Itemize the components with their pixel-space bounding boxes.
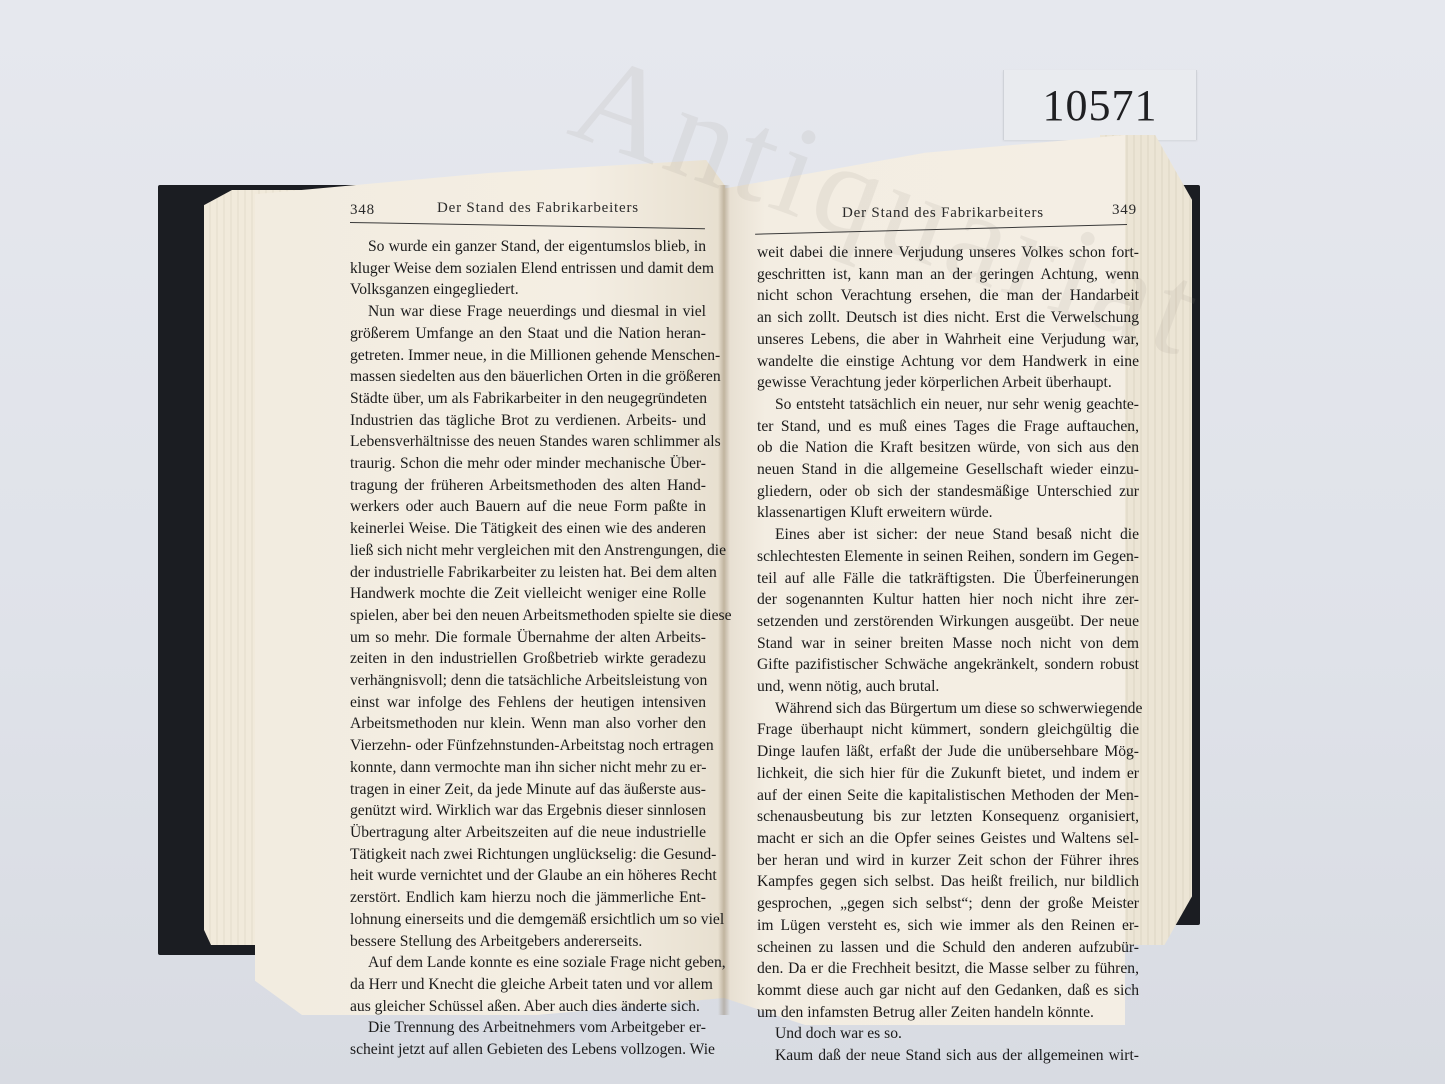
inventory-number: 10571 — [1004, 80, 1196, 131]
text-line: Kaum daß der neue Stand sich aus der all… — [757, 1045, 1139, 1067]
text-line: auf der einen Seite die kapitalistischen… — [757, 785, 1139, 807]
text-line: scheinen zu lassen und die Schuld den an… — [757, 937, 1139, 959]
text-line: unseres Lebens, die aber in Wahrheit ein… — [757, 329, 1139, 351]
text-line: scheint jetzt auf allen Gebieten des Leb… — [350, 1039, 706, 1061]
text-line: getreten. Immer neue, in die Millionen g… — [350, 345, 706, 367]
text-line: lichkeit, die sich hier für die Zukunft … — [757, 763, 1139, 785]
text-line: um so mehr. Die formale Übernahme der al… — [350, 627, 706, 649]
text-line: da Herr und Knecht die gleiche Arbeit ta… — [350, 974, 706, 996]
text-line: gliedern, oder ob sich der standesmäßige… — [757, 481, 1139, 503]
text-line: Städte über, um als Fabrikarbeiter in de… — [350, 388, 706, 410]
text-line: Eines aber ist sicher: der neue Stand be… — [757, 524, 1139, 546]
text-line: Volksganzen eingegliedert. — [350, 279, 706, 301]
text-line: spielen, aber bei den neuen Arbeitsmetho… — [350, 605, 706, 627]
text-line: Gifte pazifistischer Schwäche angekränke… — [757, 654, 1139, 676]
text-line: ließ sich nicht mehr vergleichen mit den… — [350, 540, 706, 562]
text-line: ber heran und wird in kurzer Zeit schon … — [757, 850, 1139, 872]
text-line: lohnung einerseits und die demgemäß ersi… — [350, 909, 706, 931]
text-line: Dinge laufen läßt, erfaßt der Jude die u… — [757, 741, 1139, 763]
text-line: schenausbeutung bis zur letzten Konseque… — [757, 806, 1139, 828]
text-line: Während sich das Bürgertum um diese so s… — [757, 698, 1139, 720]
text-line: um den infamsten Betrug aller Zeiten han… — [757, 1002, 1139, 1024]
text-line: Übertragung alter Arbeitszeiten auf die … — [350, 822, 706, 844]
text-line: Tätigkeit nach zwei Richtungen unglückse… — [350, 844, 706, 866]
text-line: Lebensverhältnisse des neuen Standes war… — [350, 431, 706, 453]
text-line: keinerlei Weise. Die Tätigkeit des einen… — [350, 518, 706, 540]
right-page-body: weit dabei die innere Verjudung unseres … — [757, 242, 1139, 1067]
left-page-body: So wurde ein ganzer Stand, der eigentums… — [350, 236, 706, 1061]
text-line: zerstört. Endlich kam hierzu noch die jä… — [350, 887, 706, 909]
text-line: den. Da er die Frechheit besitzt, die Ma… — [757, 958, 1139, 980]
text-line: im Lügen versteht es, sich wie immer als… — [757, 915, 1139, 937]
text-line: tragen in einer Zeit, da jede Minute auf… — [350, 779, 706, 801]
text-line: wandelte die einstige Achtung vor dem Ha… — [757, 351, 1139, 373]
text-line: der sogenannten Kultur hatten hier noch … — [757, 589, 1139, 611]
text-line: zeiten in den industriellen Großbetrieb … — [350, 648, 706, 670]
text-line: genützt wird. Wirklich war das Ergebnis … — [350, 800, 706, 822]
inventory-number-card: 10571 — [1003, 70, 1197, 140]
text-line: Die Trennung des Arbeitnehmers vom Arbei… — [350, 1017, 706, 1039]
text-line: Handwerk mochte die Zeit vielleicht weni… — [350, 583, 706, 605]
text-line: an sich zollt. Deutsch ist dies nicht. E… — [757, 307, 1139, 329]
text-line: massen siedelten aus den bäuerlichen Ort… — [350, 366, 706, 388]
text-line: einst war infolge des Fehlens der heutig… — [350, 692, 706, 714]
text-line: kommt diese auch gar nicht auf den Gedan… — [757, 980, 1139, 1002]
text-line: traurig. Schon die mehr oder minder mech… — [350, 453, 706, 475]
text-line: nicht schon Verachtung ersehen, die man … — [757, 285, 1139, 307]
text-line: weit dabei die innere Verjudung unseres … — [757, 242, 1139, 264]
text-line: heit wurde vernichtet und der Glaube an … — [350, 865, 706, 887]
text-line: bessere Stellung des Arbeitgebers andere… — [350, 931, 706, 953]
text-line: gesprochen, „gegen sich selbst“; denn de… — [757, 893, 1139, 915]
right-running-head: Der Stand des Fabrikarbeiters — [842, 205, 1044, 222]
text-line: Kampfes gegen sich selbst. Das heißt fre… — [757, 871, 1139, 893]
text-line: ob die Nation die Kraft besitzen würde, … — [757, 437, 1139, 459]
text-line: geschritten ist, kann man an der geringe… — [757, 264, 1139, 286]
text-line: der industrielle Fabrikarbeiter zu leist… — [350, 562, 706, 584]
text-line: tragung der früheren Arbeitsmethoden des… — [350, 475, 706, 497]
text-line: gewisse Verachtung jeder körperlichen Ar… — [757, 372, 1139, 394]
book-gutter — [718, 185, 730, 1015]
text-line: und, wenn nötig, auch brutal. — [757, 676, 1139, 698]
text-line: Und doch war es so. — [757, 1023, 1139, 1045]
text-line: schlechtesten Elemente in seinen Reihen,… — [757, 546, 1139, 568]
text-line: größerem Umfange an den Staat und die Na… — [350, 323, 706, 345]
left-page-number: 348 — [350, 202, 375, 219]
text-line: kluger Weise dem sozialen Elend entrisse… — [350, 258, 706, 280]
text-line: aus gleicher Schüssel aßen. Aber auch di… — [350, 996, 706, 1018]
text-line: Stand war in seiner breiten Masse noch n… — [757, 633, 1139, 655]
text-line: setzenden und zerstörenden Wirkungen aus… — [757, 611, 1139, 633]
text-line: So entsteht tatsächlich ein neuer, nur s… — [757, 394, 1139, 416]
text-line: verhängnisvoll; denn die tatsächliche Ar… — [350, 670, 706, 692]
text-line: macht er sich an die Opfer seines Geiste… — [757, 828, 1139, 850]
text-line: So wurde ein ganzer Stand, der eigentums… — [350, 236, 706, 258]
text-line: Nun war diese Frage neuerdings und diesm… — [350, 301, 706, 323]
text-line: Arbeitsmethoden nur klein. Wenn man also… — [350, 713, 706, 735]
text-line: neuen Stand in die allgemeine Gesellscha… — [757, 459, 1139, 481]
text-line: klassenartigen Kluft erweitern würde. — [757, 502, 1139, 524]
text-line: teil auf alle Fälle die tatkräftigsten. … — [757, 568, 1139, 590]
right-page-number: 349 — [1112, 202, 1137, 219]
text-line: Auf dem Lande konnte es eine soziale Fra… — [350, 952, 706, 974]
text-line: Industrien das tägliche Brot zu verdiene… — [350, 410, 706, 432]
text-line: werkers oder auch Bauern auf die neue Fo… — [350, 496, 706, 518]
text-line: ter Stand, und es muß eines Tages die Fr… — [757, 416, 1139, 438]
text-line: Vierzehn- oder Fünfzehnstunden-Arbeitsta… — [350, 735, 706, 757]
text-line: konnte, dann vermochte man ihn sicher ni… — [350, 757, 706, 779]
text-line: Frage überhaupt nicht kümmert, sondern g… — [757, 719, 1139, 741]
left-running-head: Der Stand des Fabrikarbeiters — [437, 200, 639, 217]
